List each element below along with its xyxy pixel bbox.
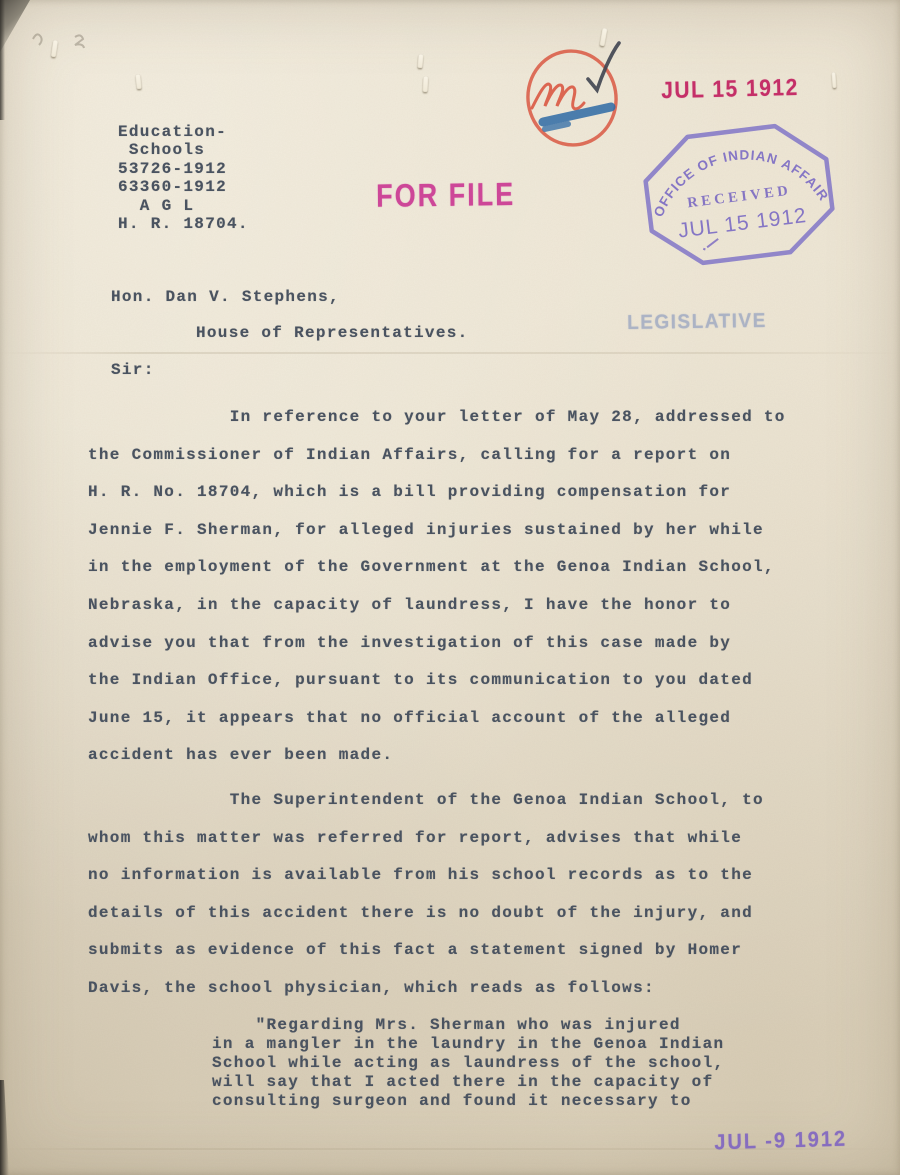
for-file-stamp: FOR FILE — [376, 176, 515, 215]
received-date-stamp-top: JUL 15 1912 — [661, 75, 799, 105]
oia-check-mark — [702, 239, 719, 250]
salutation: Sir: — [111, 361, 155, 379]
date-stamp-bottom: JUL -9 1912 — [714, 1127, 847, 1156]
pencil-scuff-marks — [25, 25, 115, 65]
paper-crease — [0, 352, 900, 354]
scanned-letter-page: Education- Schools 53726-1912 63360-1912… — [0, 0, 900, 1175]
handwritten-initial-mark — [512, 38, 652, 168]
handwritten-m — [532, 84, 584, 109]
letter-paragraph-2: The Superintendent of the Genoa Indian S… — [88, 782, 764, 1008]
legislative-stamp: LEGISLATIVE — [627, 310, 767, 335]
staple-hole — [51, 40, 58, 58]
scan-edge-shadow — [0, 0, 5, 120]
staple-hole — [135, 74, 142, 89]
staple-hole — [831, 72, 836, 88]
physician-statement-quote: "Regarding Mrs. Sherman who was injured … — [212, 1016, 724, 1111]
letter-paragraph-1: In reference to your letter of May 28, a… — [88, 399, 786, 775]
scan-edge-shadow-bottom — [0, 1080, 9, 1175]
staple-hole — [417, 54, 423, 68]
recipient-name: Hon. Dan V. Stephens, — [111, 288, 340, 306]
file-reference-block: Education- Schools 53726-1912 63360-1912… — [118, 123, 249, 233]
office-of-indian-affairs-received-stamp: OFFICE OF INDIAN AFFAIRS RECEIVED JUL 15… — [633, 113, 845, 278]
recipient-org: House of Representatives. — [196, 324, 469, 342]
staple-hole — [423, 76, 429, 92]
